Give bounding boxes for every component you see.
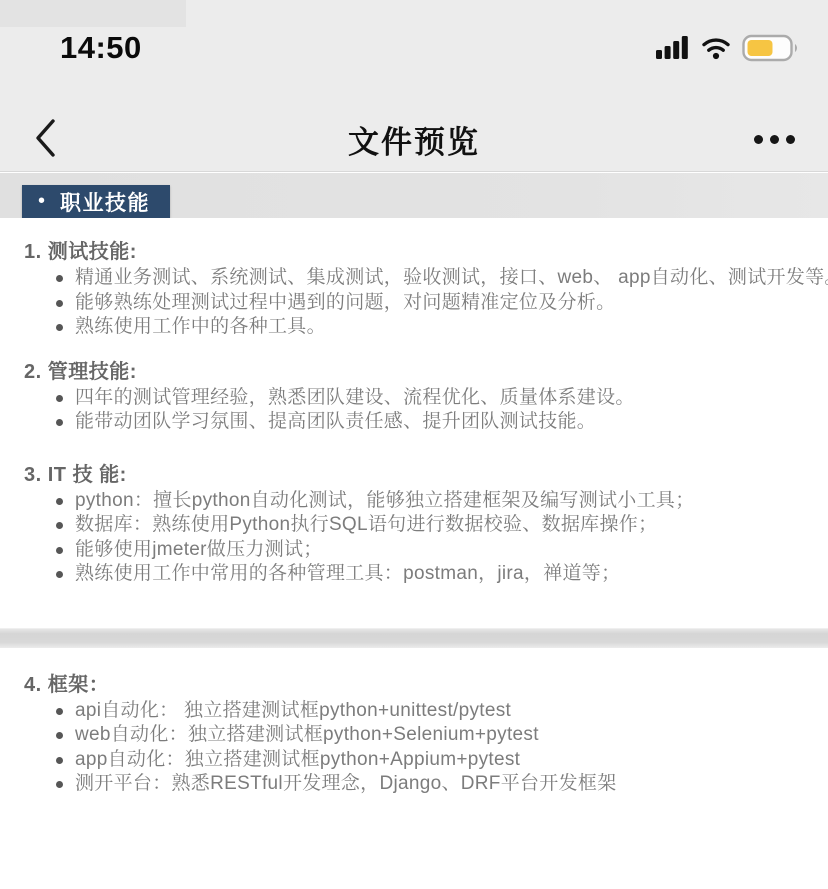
ellipsis-icon [770,135,779,144]
nav-bar: 文件预览 [0,105,828,171]
wifi-icon [699,35,733,66]
skill-item: 能够使用jmeter做压力测试； [24,538,792,563]
section-bullet-icon: • [38,191,45,211]
more-button[interactable] [744,119,804,159]
cellular-signal-icon [656,35,690,66]
screen: 14:50 [0,0,828,889]
bullet-icon [56,324,63,331]
bullet-icon [56,419,63,426]
skill-item: 能带动团队学习氛围、提高团队责任感、提升团队测试技能。 [24,410,792,435]
skill-item: 四年的测试管理经验，熟悉团队建设、流程优化、质量体系建设。 [24,386,792,411]
notch-shade [0,0,186,27]
skill-block-title: 4. 框架： [24,673,792,697]
bullet-icon [56,571,63,578]
ellipsis-icon [754,135,763,144]
status-icons [656,34,800,67]
skill-item: 能够熟练处理测试过程中遇到的问题，对问题精准定位及分析。 [24,291,792,316]
bullet-icon [56,300,63,307]
skill-block-title: 3. IT 技 能: [24,463,792,487]
status-time: 14:50 [60,30,142,66]
status-bar: 14:50 [0,28,828,74]
skill-list: 四年的测试管理经验，熟悉团队建设、流程优化、质量体系建设。 能带动团队学习氛围、… [24,386,792,435]
bullet-icon [56,547,63,554]
skill-list: python：擅长python自动化测试，能够独立搭建框架及编写测试小工具； 数… [24,489,792,587]
document-page: 1. 测试技能: 精通业务测试、系统测试、集成测试，验收测试，接口、web、 a… [0,218,828,889]
bullet-icon [56,732,63,739]
bullet-icon [56,498,63,505]
skill-item: 熟练使用工作中的各种工具。 [24,315,792,340]
skill-list: 精通业务测试、系统测试、集成测试，验收测试，接口、web、 app自动化、测试开… [24,266,792,340]
skill-item: api自动化： 独立搭建测试框python+unittest/pytest [24,699,792,724]
page-title: 文件预览 [0,117,828,162]
section-header-label: 职业技能 [60,187,150,217]
bullet-icon [56,395,63,402]
page-break-divider [0,628,828,648]
skill-item: 测开平台：熟悉RESTful开发理念，Django、DRF平台开发框架 [24,772,792,797]
skill-item: web自动化：独立搭建测试框python+Selenium+pytest [24,723,792,748]
bullet-icon [56,708,63,715]
skill-item: 数据库：熟练使用Python执行SQL语句进行数据校验、数据库操作； [24,513,792,538]
bullet-icon [56,522,63,529]
skill-item: 熟练使用工作中常用的各种管理工具：postman，jira，禅道等； [24,562,792,587]
skill-list: api自动化： 独立搭建测试框python+unittest/pytest we… [24,699,792,797]
skill-block-management: 2. 管理技能: 四年的测试管理经验，熟悉团队建设、流程优化、质量体系建设。 能… [0,360,828,435]
top-chrome: 14:50 [0,0,828,172]
skill-block-framework: 4. 框架： api自动化： 独立搭建测试框python+unittest/py… [0,673,828,797]
skill-item: 精通业务测试、系统测试、集成测试，验收测试，接口、web、 app自动化、测试开… [24,266,792,291]
section-header-badge: • 职业技能 [22,185,170,218]
bullet-icon [56,275,63,282]
skill-block-title: 2. 管理技能: [24,360,792,384]
document-top-margin: • 职业技能 [0,173,828,218]
skill-block-test: 1. 测试技能: 精通业务测试、系统测试、集成测试，验收测试，接口、web、 a… [0,240,828,340]
skill-item: python：擅长python自动化测试，能够独立搭建框架及编写测试小工具； [24,489,792,514]
skill-block-it: 3. IT 技 能: python：擅长python自动化测试，能够独立搭建框架… [0,463,828,587]
bullet-icon [56,781,63,788]
skill-block-title: 1. 测试技能: [24,240,792,264]
ellipsis-icon [786,135,795,144]
battery-icon [742,34,800,67]
bullet-icon [56,757,63,764]
document-viewer[interactable]: • 职业技能 1. 测试技能: 精通业务测试、系统测试、集成测试，验收测试，接口… [0,173,828,889]
skill-item: app自动化：独立搭建测试框python+Appium+pytest [24,748,792,773]
